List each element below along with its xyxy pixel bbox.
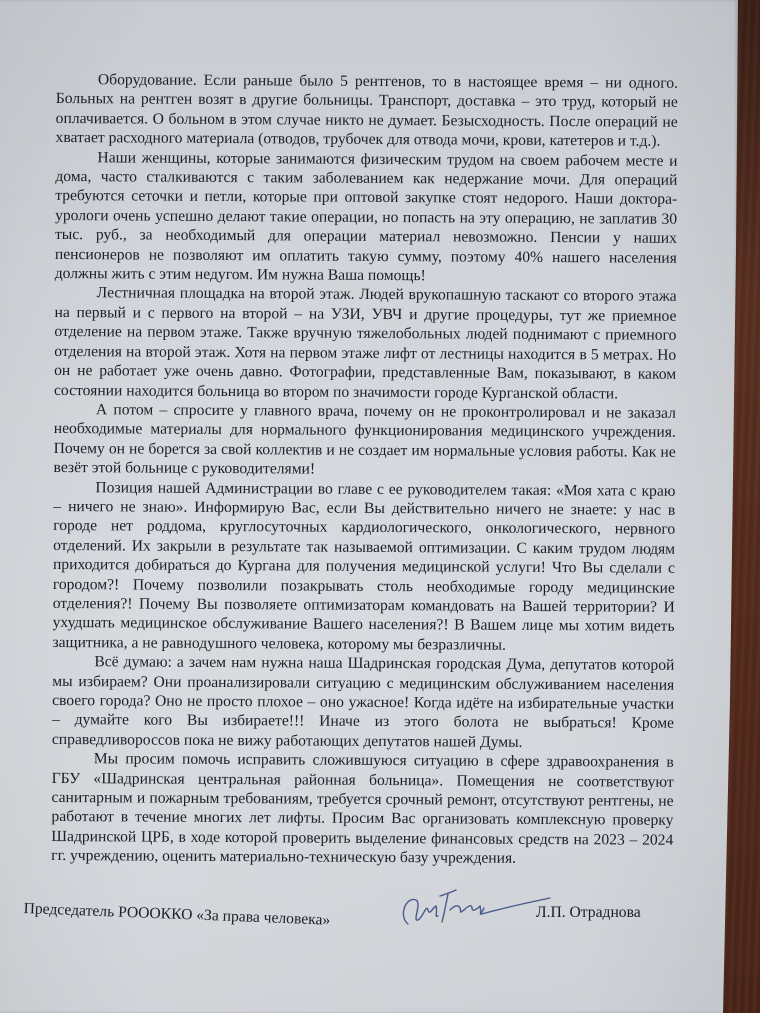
paragraph-chief-doctor: А потом – спросите у главного врача, поч…	[54, 400, 676, 481]
paragraph-women-health: Наши женщины, которые занимаются физичес…	[55, 148, 678, 288]
paragraph-administration: Позиция нашей Администрации во главе с е…	[52, 478, 675, 656]
signature-block: Председатель РООOККО «За права человека»…	[24, 900, 664, 940]
signatory-title: Председатель РООOККО «За права человека»	[23, 900, 330, 930]
paragraph-request: Мы просим помочь исправить сложившуюся с…	[51, 749, 674, 869]
paragraph-staircase: Лестничная площадка на второй этаж. Люде…	[54, 283, 677, 403]
paragraph-equipment: Оборудование. Если раньше было 5 рентген…	[56, 70, 678, 151]
letter-body: Оборудование. Если раньше было 5 рентген…	[51, 70, 678, 869]
letter-page: Оборудование. Если раньше было 5 рентген…	[0, 0, 738, 1013]
signatory-name: Л.П. Отраднова	[536, 904, 641, 922]
paragraph-city-duma: Всё думаю: а зачем нам нужна наша Шадрин…	[52, 652, 675, 753]
handwritten-signature-icon	[394, 886, 554, 932]
